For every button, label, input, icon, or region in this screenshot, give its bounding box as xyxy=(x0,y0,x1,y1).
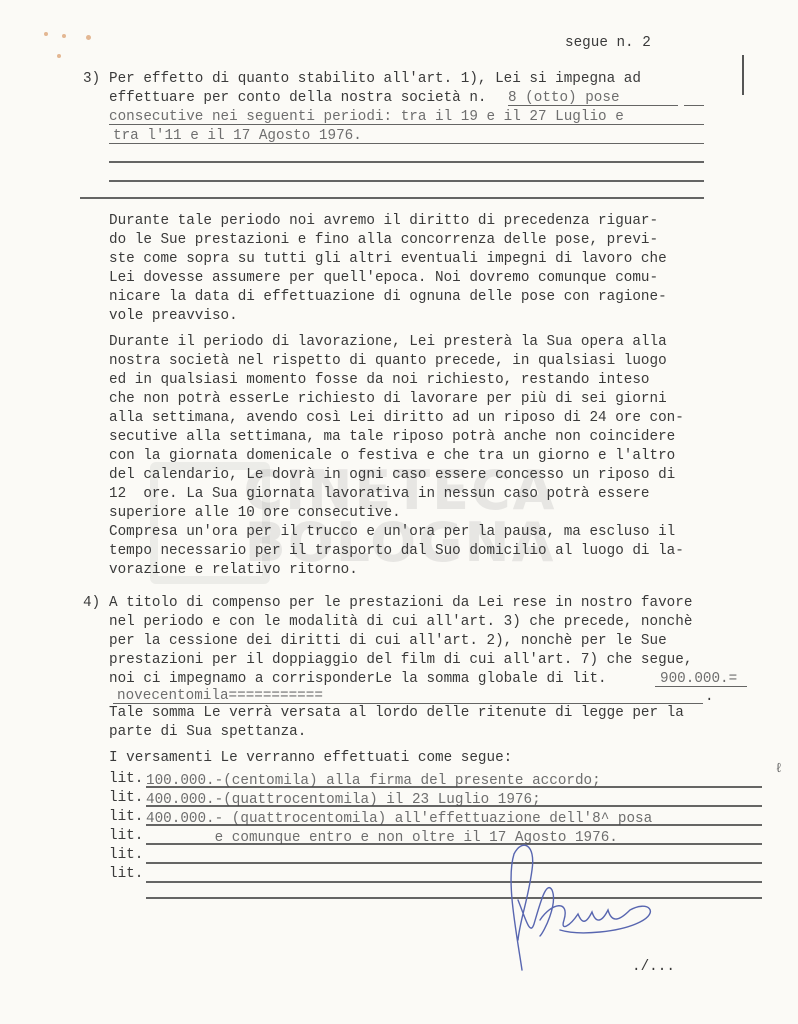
article-4-line: parte di Sua spettanza. xyxy=(109,723,306,741)
paragraph-line: che non potrà esserLe richiesto di lavor… xyxy=(109,390,667,408)
payments-intro: I versamenti Le verranno effettuati come… xyxy=(109,749,512,767)
article-4-line: Tale somma Le verrà versata al lordo del… xyxy=(109,704,684,722)
article-4-line: per la cessione dei diritti di cui all'a… xyxy=(109,632,667,650)
paper-stain xyxy=(86,35,91,40)
document-page: CINETECA BOLOGNA segue n. 2 3) Per effet… xyxy=(0,0,798,1024)
paragraph-line: nicare la data di effettuazione di ognun… xyxy=(109,288,667,306)
paragraph-line: do le Sue prestazioni e fino alla concor… xyxy=(109,231,658,249)
article-4-line: noi ci impegnamo a corrisponderLe la som… xyxy=(109,670,607,688)
paragraph-line: con la giornata domenicale o festiva e c… xyxy=(109,447,675,465)
paper-stain xyxy=(44,32,48,36)
article-4-line: nel periodo e con le modalità di cui all… xyxy=(109,613,692,631)
article-3-line: Per effetto di quanto stabilito all'art.… xyxy=(109,70,641,88)
paragraph-line: vole preavviso. xyxy=(109,307,238,325)
blank-rule xyxy=(109,161,704,163)
fill-rule xyxy=(109,124,704,125)
payment-prefix: lit. xyxy=(109,808,143,826)
fill-rule xyxy=(655,686,747,687)
paragraph-line: Lei dovesse assumere per quell'epoca. No… xyxy=(109,269,658,287)
article-3-number: 3) xyxy=(83,70,100,88)
paragraph-line: nostra società nel rispetto di quanto pr… xyxy=(109,352,667,370)
amount-end: . xyxy=(705,688,714,706)
paragraph-line: ste come sopra su tutti gli altri eventu… xyxy=(109,250,667,268)
payment-rule xyxy=(146,824,762,826)
paragraph-line: del calendario, Le dovrà in ogni caso es… xyxy=(109,466,675,484)
fill-rule xyxy=(684,105,704,106)
page-reference: segue n. 2 xyxy=(565,34,651,52)
payment-rule xyxy=(146,786,762,788)
article-4-number: 4) xyxy=(83,594,100,612)
article-4-line: A titolo di compenso per le prestazioni … xyxy=(109,594,692,612)
paragraph-line: Durante tale periodo noi avremo il dirit… xyxy=(109,212,658,230)
article-3-line: effettuare per conto della nostra societ… xyxy=(109,89,487,107)
payment-prefix: lit. xyxy=(109,789,143,807)
paragraph-line: ed in qualsiasi momento fosse da noi ric… xyxy=(109,371,650,389)
margin-mark: ℓ xyxy=(775,760,783,778)
payment-prefix: lit. xyxy=(109,770,143,788)
payment-prefix: lit. xyxy=(109,846,143,864)
continuation-mark: ./... xyxy=(632,958,675,976)
payment-rule xyxy=(146,805,762,807)
paragraph-line: alla settimana, avendo così Lei diritto … xyxy=(109,409,684,427)
paper-stain xyxy=(57,54,61,58)
paragraph-line: 12 ore. La Sua giornata lavorativa in ne… xyxy=(109,485,650,503)
fill-rule xyxy=(508,105,678,106)
fill-rule xyxy=(109,143,704,144)
paragraph-line: tempo necessario per il trasporto dal Su… xyxy=(109,542,684,560)
paper-stain xyxy=(62,34,66,38)
paragraph-line: vorazione e relativo ritorno. xyxy=(109,561,358,579)
paragraph-line: superiore alle 10 ore consecutive. xyxy=(109,504,401,522)
blank-rule xyxy=(80,197,704,199)
paragraph-line: secutive alla settimana, ma tale riposo … xyxy=(109,428,675,446)
payment-prefix: lit. xyxy=(109,827,143,845)
payment-prefix: lit. xyxy=(109,865,143,883)
article-4-line: prestazioni per il doppiaggio del film d… xyxy=(109,651,692,669)
paragraph-line: Durante il periodo di lavorazione, Lei p… xyxy=(109,333,667,351)
margin-mark xyxy=(742,55,744,95)
blank-rule xyxy=(109,180,704,182)
paragraph-line: Compresa un'ora per il trucco e un'ora p… xyxy=(109,523,675,541)
